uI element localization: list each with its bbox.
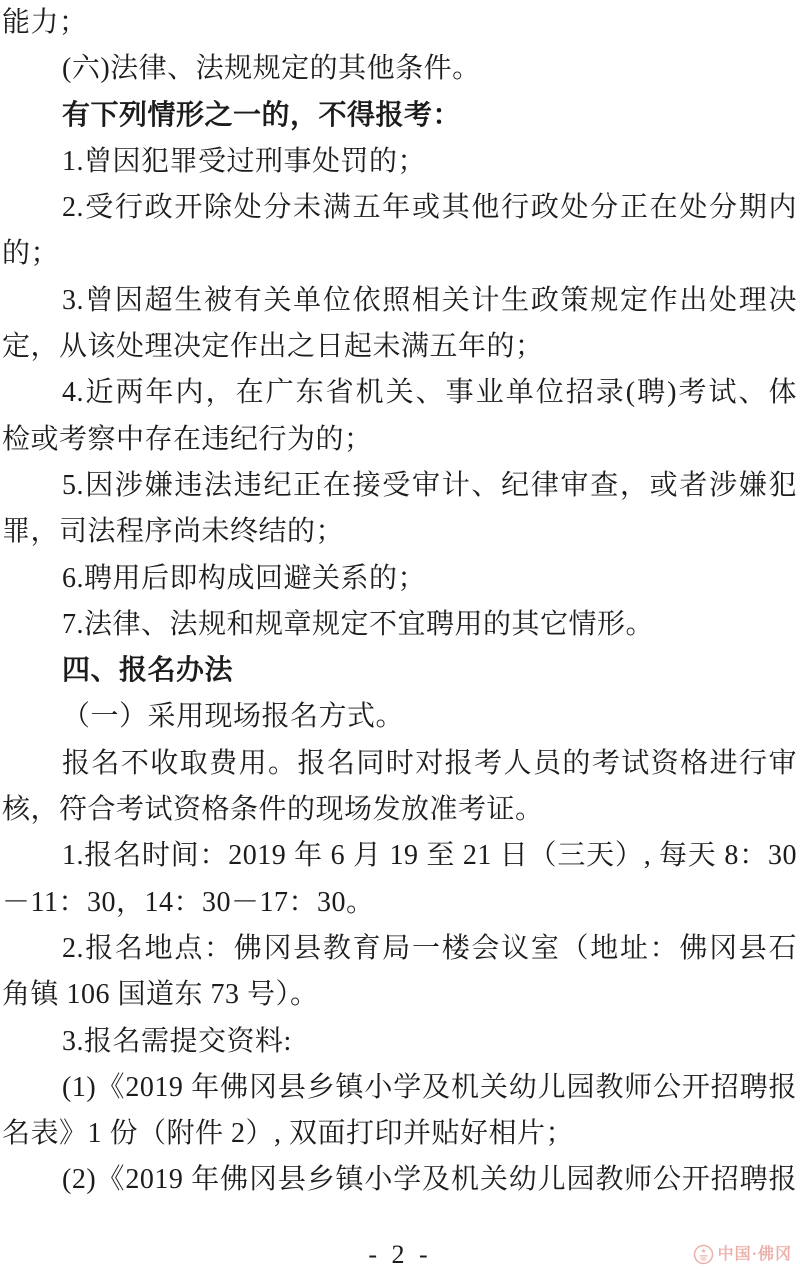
document-body: 能力；(六)法律、法规规定的其他条件。有下列情形之一的，不得报考：1.曾因犯罪受… [2, 0, 797, 1204]
body-text-line: 名表》1 份（附件 2）, 双面打印并贴好相片； [2, 1111, 797, 1157]
body-text-line: 核，符合考试资格条件的现场发放准考证。 [2, 787, 797, 833]
body-text-line: 4.近两年内，在广东省机关、事业单位招录(聘)考试、体 [2, 370, 797, 416]
china-fogang-watermark: ★ 中国·佛冈 [693, 1244, 792, 1265]
body-text-line: 定，从该处理决定作出之日起未满五年的； [2, 324, 797, 370]
body-text-line: (2)《2019 年佛冈县乡镇小学及机关幼儿园教师公开招聘报 [2, 1157, 797, 1203]
document-page: 能力；(六)法律、法规规定的其他条件。有下列情形之一的，不得报考：1.曾因犯罪受… [0, 0, 800, 1276]
body-text-line: (六)法律、法规规定的其他条件。 [2, 46, 797, 92]
watermark-label: 中国·佛冈 [718, 1244, 792, 1265]
body-text-line: 角镇 106 国道东 73 号）。 [2, 972, 797, 1018]
body-text-line: 5.因涉嫌违法违纪正在接受审计、纪律审查，或者涉嫌犯 [2, 463, 797, 509]
body-text-line: 报名不收取费用。报名同时对报考人员的考试资格进行审 [2, 741, 797, 787]
body-text-line: （一）采用现场报名方式。 [2, 694, 797, 740]
body-text-line: 3.曾因超生被有关单位依照相关计生政策规定作出处理决 [2, 278, 797, 324]
section-heading-line: 有下列情形之一的，不得报考： [2, 93, 797, 139]
body-text-line: －11：30，14：30－17：30。 [2, 880, 797, 926]
body-text-line: 2.受行政开除处分未满五年或其他行政处分正在处分期内 [2, 185, 797, 231]
body-text-line: 能力； [2, 0, 797, 46]
body-text-line: 7.法律、法规和规章规定不宜聘用的其它情形。 [2, 602, 797, 648]
body-text-line: (1)《2019 年佛冈县乡镇小学及机关幼儿园教师公开招聘报 [2, 1065, 797, 1111]
body-text-line: 的； [2, 231, 797, 277]
national-emblem-icon: ★ [693, 1244, 714, 1265]
body-text-line: 1.报名时间：2019 年 6 月 19 至 21 日（三天）, 每天 8：30 [2, 833, 797, 879]
body-text-line: 罪，司法程序尚未终结的； [2, 509, 797, 555]
svg-text:★: ★ [700, 1247, 706, 1255]
body-text-line: 1.曾因犯罪受过刑事处罚的； [2, 139, 797, 185]
page-number: - 2 - [0, 1240, 800, 1270]
body-text-line: 2.报名地点：佛冈县教育局一楼会议室（地址：佛冈县石 [2, 926, 797, 972]
body-text-line: 6.聘用后即构成回避关系的； [2, 556, 797, 602]
section-heading-line: 四、报名办法 [2, 648, 797, 694]
body-text-line: 3.报名需提交资料: [2, 1019, 797, 1065]
body-text-line: 检或考察中存在违纪行为的； [2, 417, 797, 463]
